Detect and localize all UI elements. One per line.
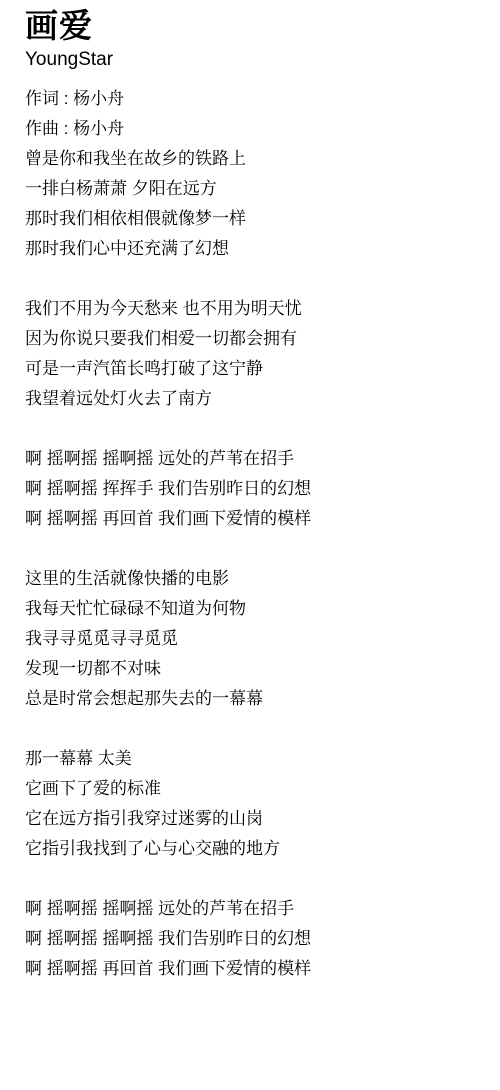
- lyric-line: 我每天忙忙碌碌不知道为何物: [25, 594, 480, 624]
- artist-name: YoungStar: [25, 48, 480, 72]
- lyric-line: 啊 摇啊摇 摇啊摇 远处的芦苇在招手: [25, 444, 480, 474]
- lyric-line: 那时我们心中还充满了幻想: [25, 234, 480, 264]
- lyric-line: 作曲 : 杨小舟: [25, 114, 480, 144]
- lyric-line: 那一幕幕 太美: [25, 744, 480, 774]
- lyric-line: 它在远方指引我穿过迷雾的山岗: [25, 804, 480, 834]
- lyric-line: 我望着远处灯火去了南方: [25, 384, 480, 414]
- lyric-line: 啊 摇啊摇 挥挥手 我们告别昨日的幻想: [25, 474, 480, 504]
- stanza: 作词 : 杨小舟作曲 : 杨小舟曾是你和我坐在故乡的铁路上一排白杨萧萧 夕阳在远…: [25, 84, 480, 264]
- lyric-line: 因为你说只要我们相爱一切都会拥有: [25, 324, 480, 354]
- lyric-line: 它指引我找到了心与心交融的地方: [25, 834, 480, 864]
- lyric-line: 可是一声汽笛长鸣打破了这宁静: [25, 354, 480, 384]
- lyric-line: 那时我们相依相偎就像梦一样: [25, 204, 480, 234]
- lyric-line: 作词 : 杨小舟: [25, 84, 480, 114]
- lyrics-container: 作词 : 杨小舟作曲 : 杨小舟曾是你和我坐在故乡的铁路上一排白杨萧萧 夕阳在远…: [25, 84, 480, 984]
- lyrics-page: 画爱 YoungStar 作词 : 杨小舟作曲 : 杨小舟曾是你和我坐在故乡的铁…: [0, 0, 500, 1090]
- song-title: 画爱: [25, 6, 480, 46]
- lyric-line: 我寻寻觅觅寻寻觅觅: [25, 624, 480, 654]
- lyric-line: 曾是你和我坐在故乡的铁路上: [25, 144, 480, 174]
- lyric-line: 发现一切都不对味: [25, 654, 480, 684]
- lyric-line: 这里的生活就像快播的电影: [25, 564, 480, 594]
- lyric-line: 啊 摇啊摇 再回首 我们画下爱情的模样: [25, 954, 480, 984]
- lyric-line: 啊 摇啊摇 再回首 我们画下爱情的模样: [25, 504, 480, 534]
- lyric-line: 啊 摇啊摇 摇啊摇 我们告别昨日的幻想: [25, 924, 480, 954]
- stanza: 这里的生活就像快播的电影我每天忙忙碌碌不知道为何物我寻寻觅觅寻寻觅觅发现一切都不…: [25, 564, 480, 714]
- stanza: 啊 摇啊摇 摇啊摇 远处的芦苇在招手啊 摇啊摇 摇啊摇 我们告别昨日的幻想啊 摇…: [25, 894, 480, 984]
- stanza: 我们不用为今天愁来 也不用为明天忧因为你说只要我们相爱一切都会拥有可是一声汽笛长…: [25, 294, 480, 414]
- stanza: 那一幕幕 太美它画下了爱的标准它在远方指引我穿过迷雾的山岗它指引我找到了心与心交…: [25, 744, 480, 864]
- lyric-line: 我们不用为今天愁来 也不用为明天忧: [25, 294, 480, 324]
- lyric-line: 一排白杨萧萧 夕阳在远方: [25, 174, 480, 204]
- lyric-line: 啊 摇啊摇 摇啊摇 远处的芦苇在招手: [25, 894, 480, 924]
- stanza: 啊 摇啊摇 摇啊摇 远处的芦苇在招手啊 摇啊摇 挥挥手 我们告别昨日的幻想啊 摇…: [25, 444, 480, 534]
- lyric-line: 它画下了爱的标准: [25, 774, 480, 804]
- lyric-line: 总是时常会想起那失去的一幕幕: [25, 684, 480, 714]
